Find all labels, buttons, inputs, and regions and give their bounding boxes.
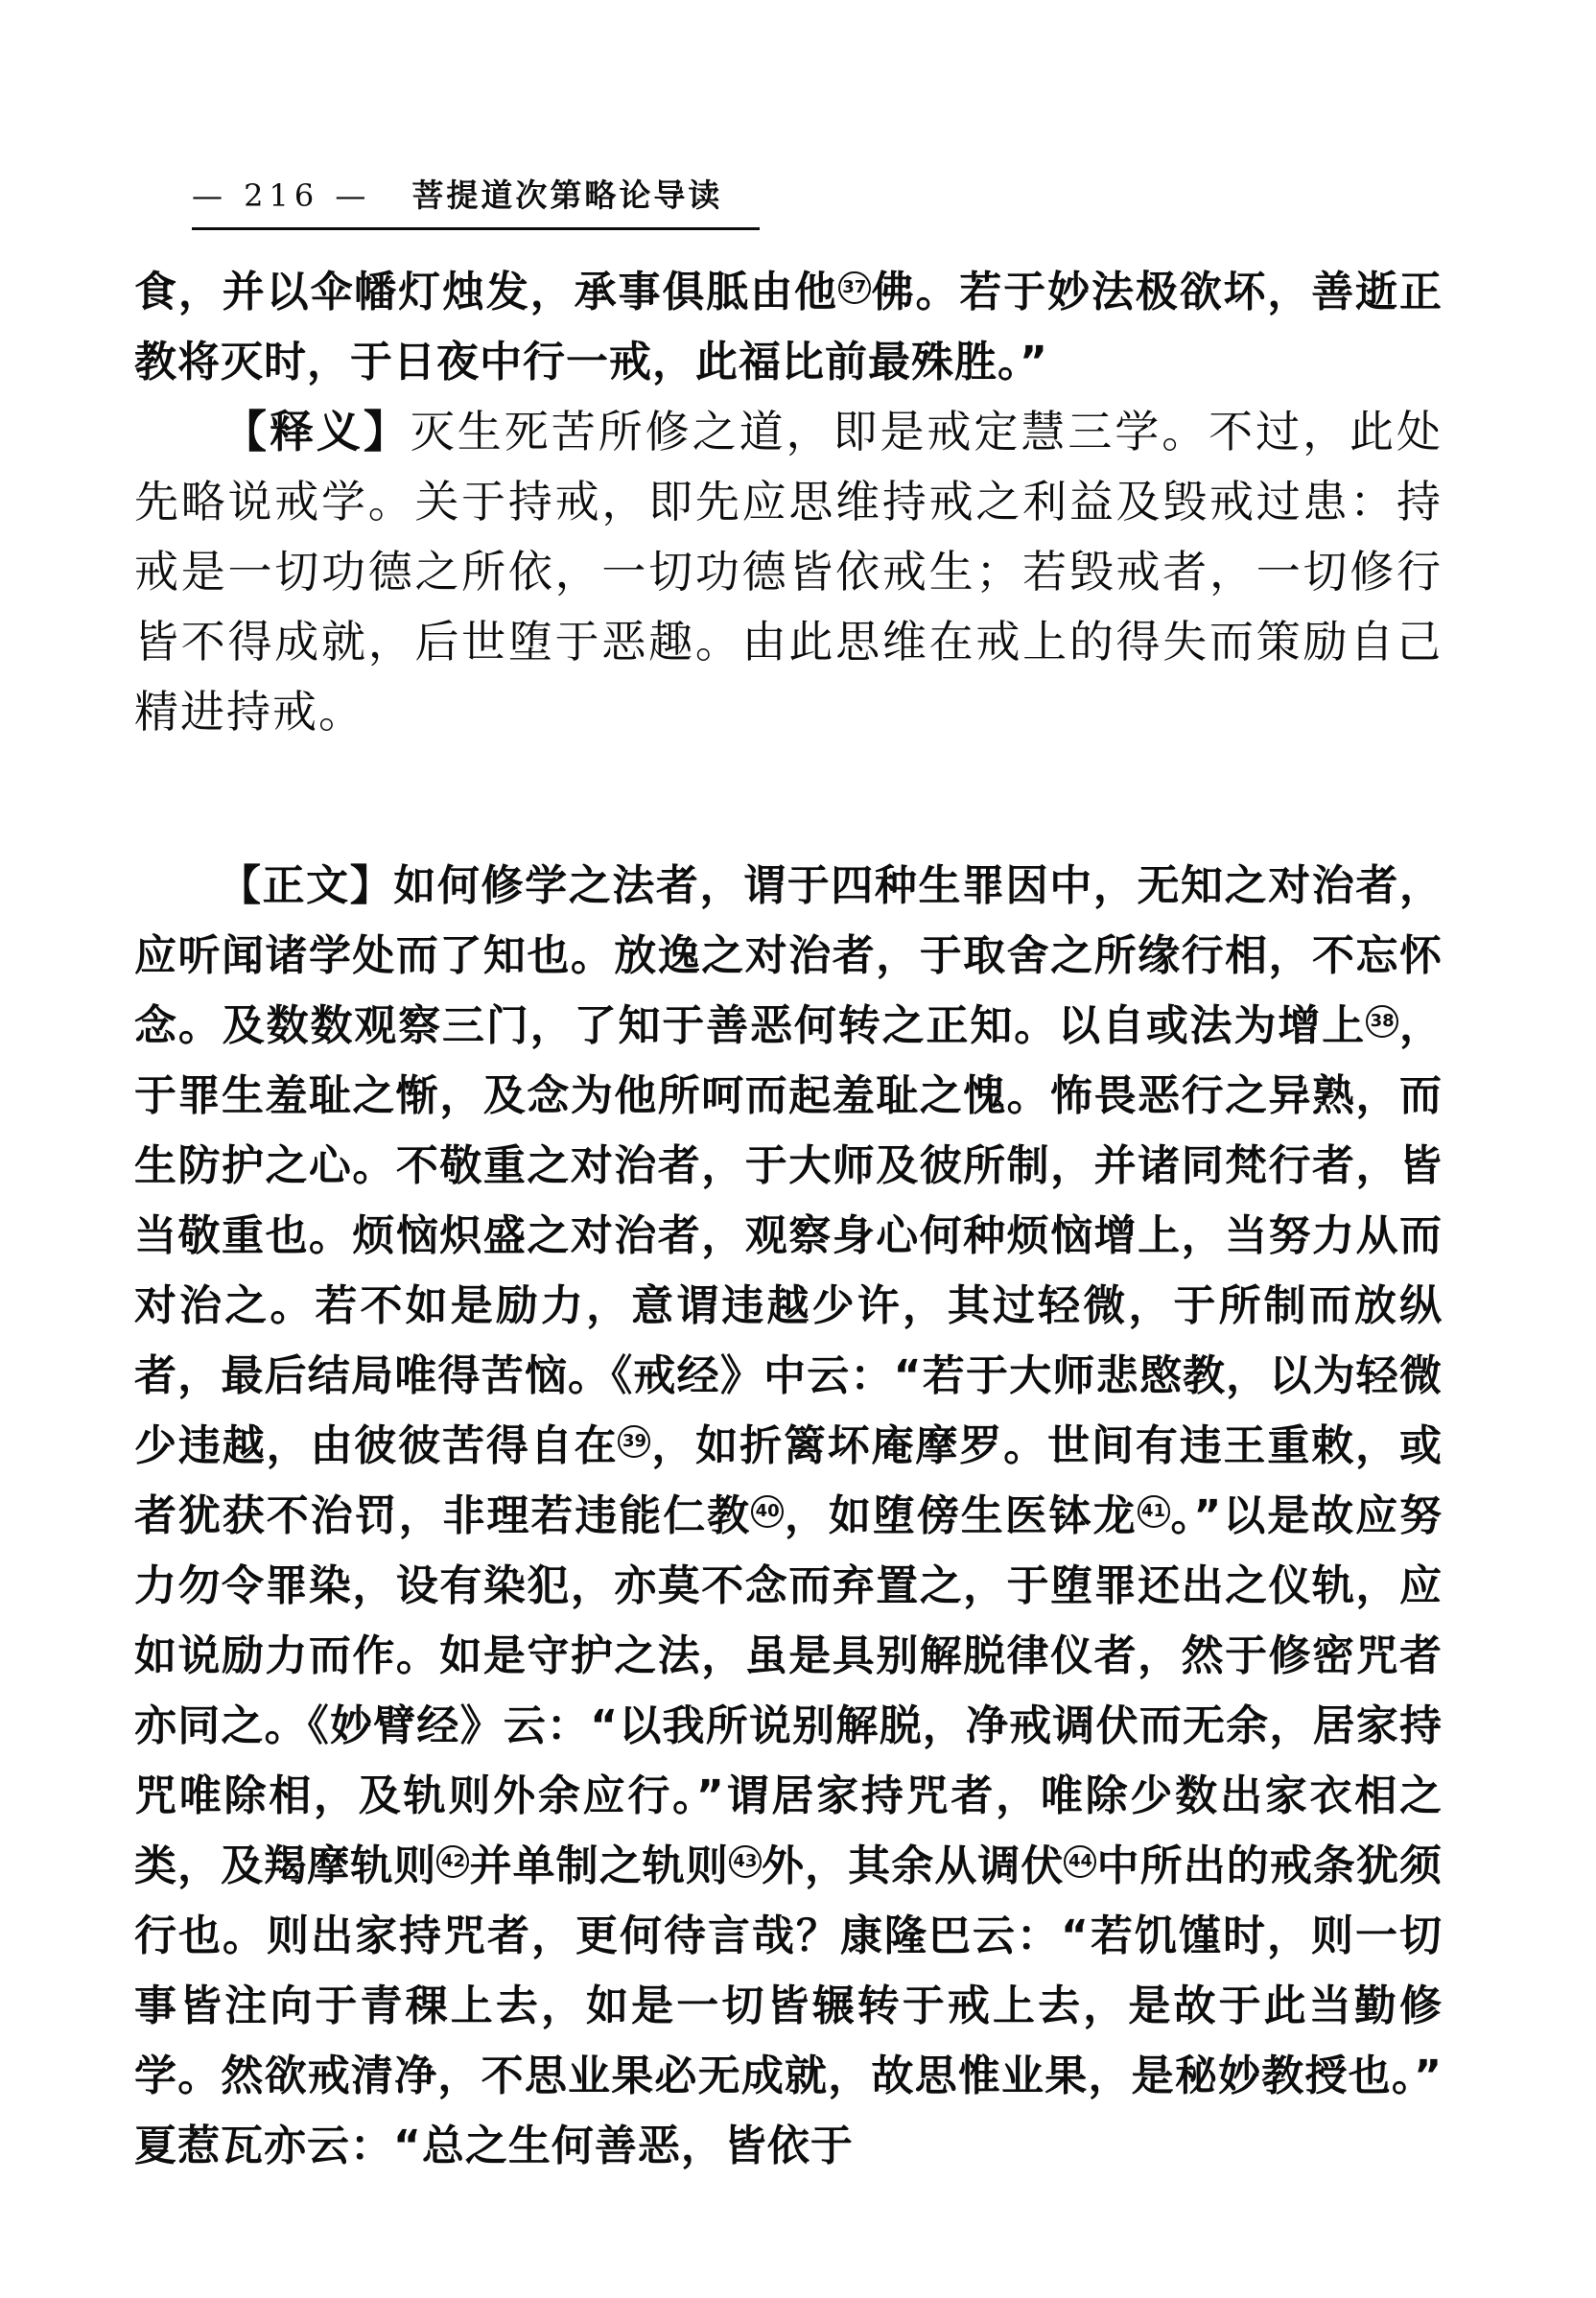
paragraph-text: 食，并以伞幡灯烛发，承事俱胝由他 [134, 268, 838, 317]
paragraph-label: 【释义】 [223, 406, 411, 457]
footnote-marker: 37 [838, 271, 871, 304]
footnote-marker: 41 [1138, 1495, 1170, 1528]
paragraph: 【正文】如何修学之法者，谓于四种生罪因中，无知之对治者，应听闻诸学处而了知也。放… [134, 851, 1443, 2181]
book-title: 菩提道次第略论导读 [411, 171, 722, 216]
paragraph-text: ，如堕傍生医钵龙 [784, 1491, 1137, 1540]
book-page: — 216 — 菩提道次第略论导读 食，并以伞幡灯烛发，承事俱胝由他37佛。若于… [0, 0, 1596, 2298]
paragraph: 食，并以伞幡灯烛发，承事俱胝由他37佛。若于妙法极欲坏，善逝正教将灭时，于日夜中… [134, 257, 1443, 397]
footnote-marker: 42 [436, 1845, 469, 1878]
paragraph-text: 。”以是故应努力勿令罪染，设有染犯，亦莫不念而弃置之，于堕罪还出之仪轨，应如说励… [134, 1491, 1443, 1890]
footnote-marker: 40 [751, 1495, 784, 1528]
running-head: — 216 — 菩提道次第略论导读 [192, 171, 760, 230]
paragraph-label: 【正文】 [219, 861, 393, 910]
paragraph-text: 并单制之轨则 [469, 1841, 728, 1890]
footnote-marker: 38 [1366, 1005, 1398, 1038]
paragraph-text: 外，其余从调伏 [762, 1841, 1065, 1890]
footnote-marker: 43 [729, 1845, 762, 1878]
footnote-marker: 44 [1064, 1845, 1096, 1878]
page-number: — 216 — [192, 177, 371, 214]
paragraph-text: ，于罪生羞耻之惭，及念为他所呵而起羞耻之愧。怖畏恶行之异熟，而生防护之心。不敬重… [134, 1001, 1443, 1470]
footnote-marker: 39 [618, 1425, 650, 1458]
page-body: 食，并以伞幡灯烛发，承事俱胝由他37佛。若于妙法极欲坏，善逝正教将灭时，于日夜中… [134, 257, 1443, 2181]
paragraph-text: 中所出的戒条犹须行也。则出家持咒者，更何待言哉？康隆巴云：“若饥馑时，则一切事皆… [134, 1841, 1443, 2170]
paragraph: 【释义】灭生死苦所修之道，即是戒定慧三学。不过，此处先略说戒学。关于持戒，即先应… [134, 397, 1443, 747]
